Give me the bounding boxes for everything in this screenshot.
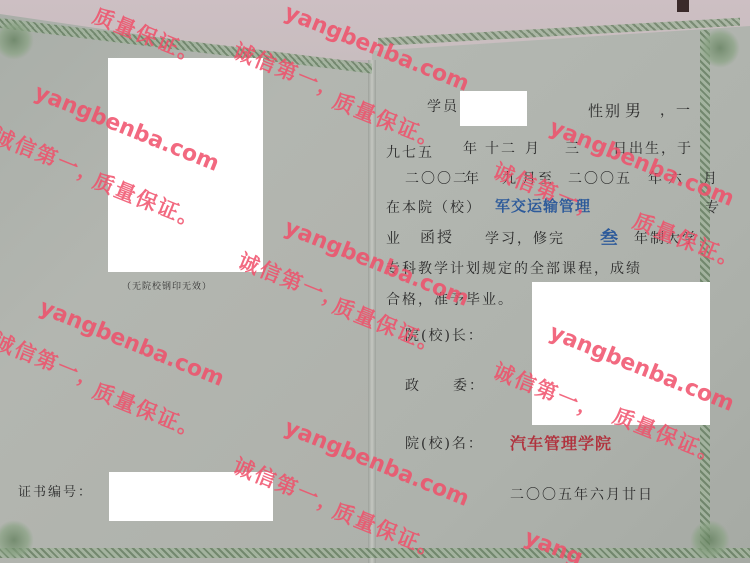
gender-value: 男 xyxy=(625,98,643,121)
line5-mid: 学习，修完 xyxy=(485,228,565,248)
commissar-label: 政 委： xyxy=(405,375,485,395)
month-unit: 月 xyxy=(525,138,541,158)
line1-prefix: 学员 xyxy=(427,96,459,116)
year-unit-2: 年 xyxy=(465,168,481,188)
line5-prefix: 业 xyxy=(386,228,402,248)
line4-prefix: 在本院（校） xyxy=(386,197,482,217)
guilloche-border-bottom xyxy=(0,548,750,558)
corner-ornament xyxy=(690,520,730,560)
line1-suffix: ，一 xyxy=(660,100,692,120)
cert-number-label: 证书编号： xyxy=(18,481,93,500)
program-years: 叁 xyxy=(600,224,620,250)
name-redaction xyxy=(460,91,527,126)
study-mode: 函授 xyxy=(420,226,454,247)
end-year: 二〇〇五 xyxy=(568,168,632,188)
binder-clip xyxy=(677,0,689,12)
start-year: 二〇〇二 xyxy=(405,168,469,188)
photo-note: （无院校钢印无效） xyxy=(122,279,212,292)
year-unit: 年 xyxy=(463,138,479,158)
corner-ornament xyxy=(700,28,740,68)
issue-date: 二〇〇五年六月廿日 xyxy=(510,484,654,504)
school-label: 院(校)名： xyxy=(405,433,484,453)
gender-label: 性别 xyxy=(588,100,622,121)
school-name-stamp: 汽车管理学院 xyxy=(510,431,612,454)
